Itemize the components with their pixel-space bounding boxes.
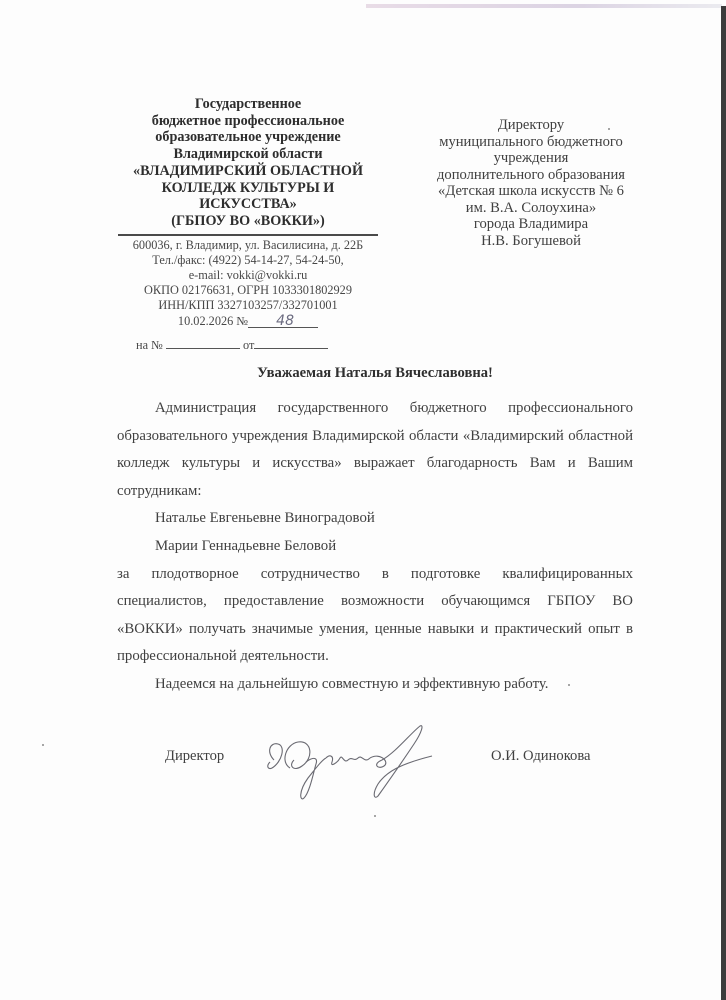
reply-number-blank (166, 348, 240, 349)
letterhead-divider (118, 234, 378, 236)
outgoing-date-number: 10.02.2026 №48 (112, 314, 384, 329)
scan-edge-top (366, 4, 722, 8)
handwritten-number: 48 (248, 315, 318, 328)
scanned-letter-page: Государственное бюджетное профессиональн… (0, 0, 726, 1000)
staff-name: Наталье Евгеньевне Виноградовой (117, 505, 633, 533)
handwritten-signature-icon (260, 722, 435, 800)
reply-date-blank (254, 348, 328, 349)
signatory-title: Директор (165, 748, 224, 765)
paragraph-reason: за плодотворное сотрудничество в подгото… (117, 561, 633, 671)
signature-block: Директор О.И. Одинокова (165, 748, 635, 772)
salutation: Уважаемая Наталья Вячеславовна! (117, 365, 633, 382)
scan-speck (374, 815, 376, 817)
scan-speck (568, 684, 570, 686)
signatory-name: О.И. Одинокова (491, 748, 591, 765)
staff-name: Марии Геннадьевне Беловой (117, 533, 633, 561)
sender-letterhead: Государственное бюджетное профессиональн… (112, 96, 384, 354)
letter-body: Администрация государственного бюджетног… (117, 395, 633, 699)
paragraph-gratitude: Администрация государственного бюджетног… (117, 395, 633, 505)
scan-speck (42, 744, 44, 746)
reply-reference: на № от (112, 337, 384, 354)
paragraph-closing: Надеемся на дальнейшую совместную и эффе… (117, 671, 633, 699)
scan-edge-right (721, 6, 726, 1000)
sender-org-name: Государственное бюджетное профессиональн… (112, 96, 384, 230)
scan-speck (608, 128, 610, 130)
sender-contact-details: 600036, г. Владимир, ул. Василисина, д. … (112, 238, 384, 329)
recipient-block: Директору муниципального бюджетного учре… (405, 117, 657, 249)
